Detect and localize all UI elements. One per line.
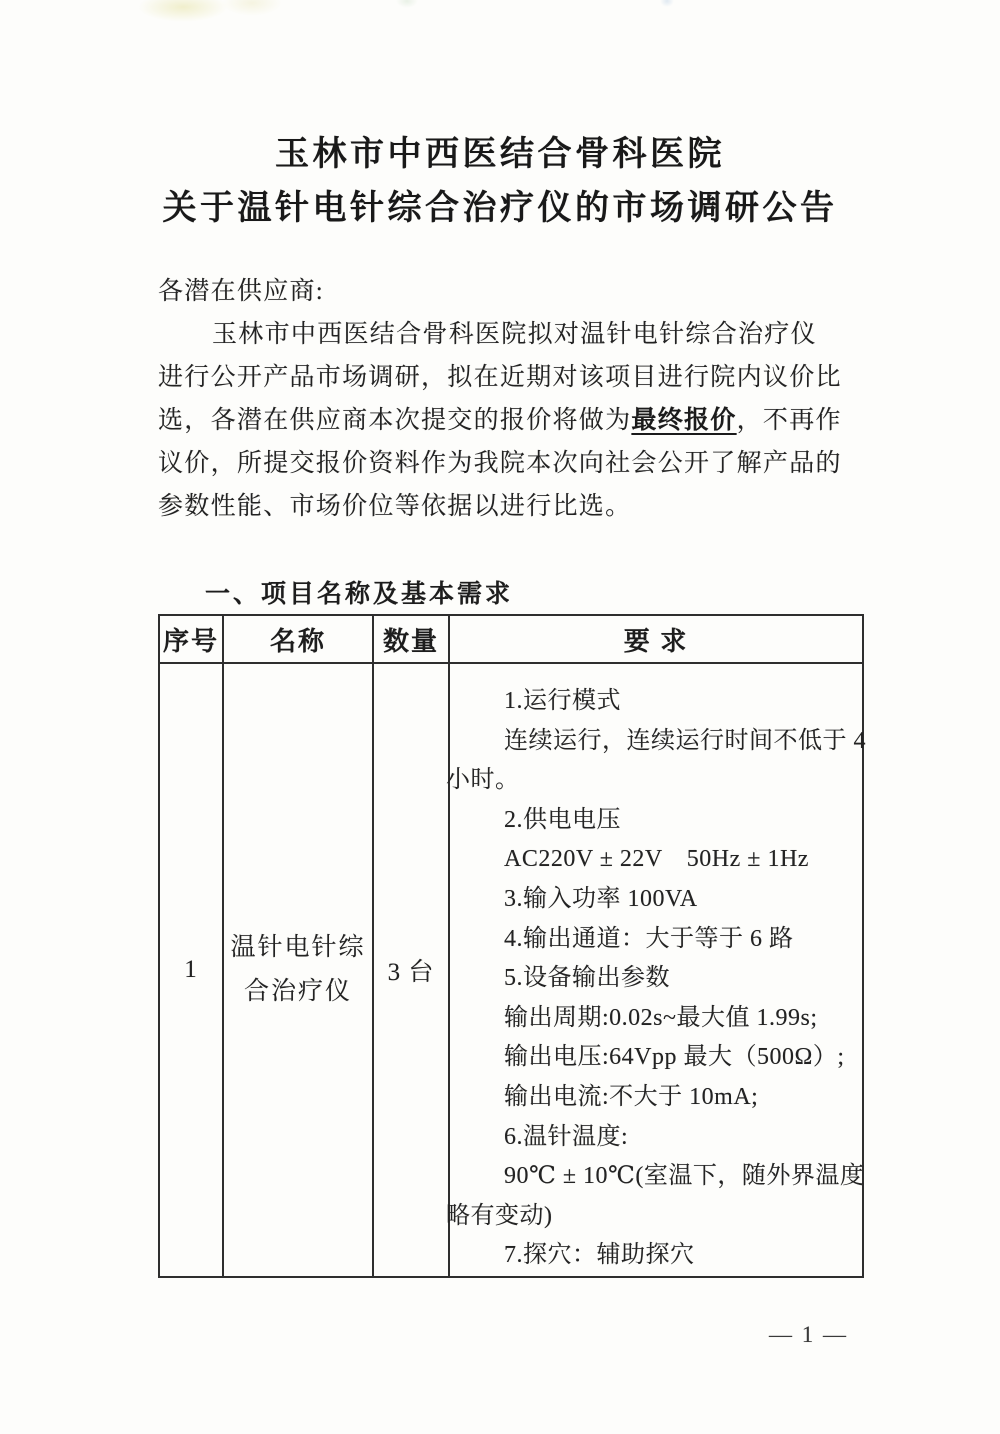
document-title: 玉林市中西医结合骨科医院 关于温针电针综合治疗仪的市场调研公告 — [0, 0, 1000, 236]
header-index: 序号 — [159, 615, 223, 663]
requirement-line: 输出电压:64Vpp 最大（500Ω）; — [450, 1038, 862, 1078]
item-name-line: 温针电针综 — [224, 926, 372, 970]
paragraph-text: 选，各潜在供应商本次提交的报价将做为 — [158, 407, 631, 434]
item-name-line: 合治疗仪 — [224, 970, 372, 1014]
title-line-1: 玉林市中西医结合骨科医院 — [0, 128, 1000, 182]
requirement-line: 6.温针温度: — [450, 1118, 862, 1158]
table-header-row: 序号 名称 数量 要 求 — [159, 615, 863, 663]
requirement-line: 略有变动) — [446, 1197, 862, 1237]
requirement-line: 小时。 — [446, 761, 862, 801]
intro-paragraph: 玉林市中西医结合骨科医院拟对温针电针综合治疗仪 进行公开产品市场调研，拟在近期对… — [158, 313, 850, 528]
requirement-line: 90℃ ± 10℃(室温下，随外界温度 — [450, 1157, 862, 1197]
paragraph-line: 进行公开产品市场调研，拟在近期对该项目进行院内议价比 — [158, 356, 850, 399]
document-page: 玉林市中西医结合骨科医院 关于温针电针综合治疗仪的市场调研公告 各潜在供应商: … — [0, 0, 1000, 1434]
paragraph-line: 议价，所提交报价资料作为我院本次向社会公开了解产品的 — [158, 442, 850, 485]
requirement-line: 7.探穴：辅助探穴 — [450, 1236, 862, 1276]
requirement-line: 3.输入功率 100VA — [450, 880, 862, 920]
cell-requirements: 1.运行模式 连续运行，连续运行时间不低于 4 小时。 2.供电电压 AC220… — [449, 663, 863, 1277]
requirement-line: 5.设备输出参数 — [450, 959, 862, 999]
cell-name: 温针电针综 合治疗仪 — [223, 663, 373, 1277]
requirement-line: 输出周期:0.02s~最大值 1.99s; — [450, 999, 862, 1039]
requirement-line: 1.运行模式 — [450, 682, 862, 722]
header-requirement: 要 求 — [449, 615, 863, 663]
requirement-line: 4.输出通道：大于等于 6 路 — [450, 920, 862, 960]
section-heading: 一、项目名称及基本需求 — [205, 580, 1000, 608]
final-quote-emphasis: 最终报价 — [631, 407, 736, 434]
cell-index: 1 — [159, 663, 223, 1277]
paragraph-text: ，不再作 — [737, 407, 842, 434]
requirements-list: 1.运行模式 连续运行，连续运行时间不低于 4 小时。 2.供电电压 AC220… — [450, 664, 862, 1276]
requirement-line: AC220V ± 22V 50Hz ± 1Hz — [450, 840, 862, 880]
paragraph-line: 玉林市中西医结合骨科医院拟对温针电针综合治疗仪 — [158, 313, 850, 356]
requirement-line: 连续运行，连续运行时间不低于 4 — [450, 722, 862, 762]
page-number: — 1 — — [0, 1322, 848, 1348]
requirement-line: 输出电流:不大于 10mA; — [450, 1078, 862, 1118]
paragraph-line: 参数性能、市场价位等依据以进行比选。 — [158, 485, 850, 528]
cell-quantity: 3 台 — [373, 663, 449, 1277]
paragraph-line: 选，各潜在供应商本次提交的报价将做为最终报价，不再作 — [158, 399, 850, 442]
requirement-line: 2.供电电压 — [450, 801, 862, 841]
header-quantity: 数量 — [373, 615, 449, 663]
salutation: 各潜在供应商: — [158, 270, 1000, 313]
table-row: 1 温针电针综 合治疗仪 3 台 1.运行模式 连续运行，连续运行时间不低于 4… — [159, 663, 863, 1277]
requirements-table: 序号 名称 数量 要 求 1 温针电针综 合治疗仪 3 台 1.运行模式 连续运… — [158, 614, 864, 1278]
title-line-2: 关于温针电针综合治疗仪的市场调研公告 — [0, 182, 1000, 236]
header-name: 名称 — [223, 615, 373, 663]
